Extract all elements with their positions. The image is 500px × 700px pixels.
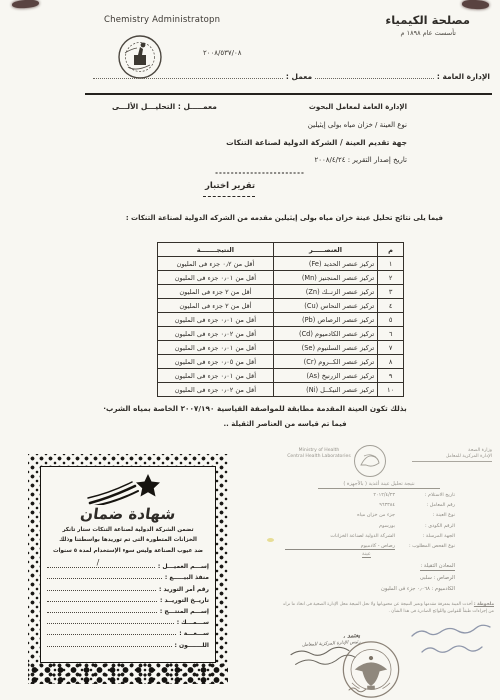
- col-header-result: النتيجـــــــة: [158, 243, 274, 257]
- certificate-title: شهادة ضمان: [46, 505, 211, 523]
- department-line: الإدارة العامة لمعامل البحوث: [309, 104, 407, 112]
- cadmium-result-line: الكادميوم : ٠٫٠٦٨ جزء فى المليون: [381, 586, 455, 592]
- certificate-field-row: منفذ البيـــــع :: [47, 570, 209, 581]
- table-row: ٨تركيز عنصر الكــروم (Cr)أقل من ٠٫٠٥ جزء…: [158, 355, 404, 369]
- moh-en-line2: Central Health Laboratories: [283, 454, 355, 460]
- org-founded-line: تأسست عام ١٨٩٨ م: [401, 29, 457, 37]
- field-label: رقم أمر التوريد :: [159, 586, 209, 593]
- col-header-element: العنصـــــر: [273, 243, 377, 257]
- row-number: ٧: [378, 341, 404, 355]
- table-row: ٥تركيز عنصر الرصاص (Pb)أقل من ٠٫٠١ جزء ف…: [158, 313, 404, 327]
- field-label: منفذ البيـــــع :: [165, 574, 209, 581]
- dotted-blank: [315, 77, 434, 79]
- moh-note-label: ملحوظة :: [474, 602, 494, 607]
- moh-field-row: تاريخ الاستلام :٢٠١٢/٤/٢٣: [285, 492, 455, 502]
- row-number: ٣: [378, 285, 404, 299]
- moh-note-body: أخذت العينة بمعرفة مقدمها وتعبر النتيجة …: [283, 602, 494, 614]
- handwritten-note-scribble: [408, 624, 496, 664]
- moh-underline: [412, 461, 492, 462]
- admin-lab-fill-line: الإدارة العامة : معمل :: [90, 72, 490, 81]
- row-number: ٨: [378, 355, 404, 369]
- moh-field-row: الجهة المرسلة :الشركة الدولية لصناعة الخ…: [285, 533, 455, 543]
- results-table: م العنصـــــر النتيجـــــــة ١تركيز عنصر…: [157, 242, 404, 397]
- moh-ar-line2: الإدارة المركزية للمعامل: [412, 454, 492, 460]
- corner-scan-mark-right: [462, 0, 489, 10]
- element-cell: تركيز عنصر الكادميوم (Cd): [273, 327, 377, 341]
- reference-number: ٢٠٠٨/٥٣٧/٠٨: [203, 49, 242, 57]
- col-header-number: م: [378, 243, 404, 257]
- moh-name-english: Ministry of Health Central Health Labora…: [283, 448, 355, 459]
- approval-signature-block: يعتمد ، رئيس الإدارة المركزية للمعامل: [282, 632, 362, 675]
- field-label: إســـم العميـــل :: [158, 563, 209, 570]
- table-row: ١٠تركيز عنصر النيكــل (Ni)أقل من ٠٫٠٢ جز…: [158, 383, 404, 397]
- table-row: ٧تركيز عنصر السلنيوم (Se)أقل من ٠٫٠١ جزء…: [158, 341, 404, 355]
- field-label: إســـم المنتـــج :: [160, 608, 209, 615]
- row-number: ٦: [378, 327, 404, 341]
- certificate-field-row: تاريــخ التوريــد :: [47, 593, 209, 604]
- warranty-certificate: شهادة ضمان تضمن الشركة الدولية لصناعة ال…: [28, 454, 228, 684]
- row-number: ٥: [378, 313, 404, 327]
- conclusion-line-2: فيما تم قياسه من العناصر الثقيلة ..: [165, 420, 405, 428]
- field-label: اللـــــــون :: [175, 642, 210, 649]
- element-cell: تركيز عنصر الرصاص (Pb): [273, 313, 377, 327]
- row-number: ١٠: [378, 383, 404, 397]
- certificate-field-row: ســـعـــة :: [47, 626, 209, 637]
- field-label: ســـعـــة :: [179, 630, 209, 637]
- moh-field-value: الشركة الدولية لصناعة الخزانات: [330, 533, 395, 539]
- org-name-arabic: مصلحة الكيمياء: [385, 13, 470, 27]
- table-row: ٦تركيز عنصر الكادميوم (Cd)أقل من ٠٫٠٢ جز…: [158, 327, 404, 341]
- corner-scan-mark-left: [12, 0, 39, 9]
- dotted-blank: [47, 633, 176, 635]
- certificate-ornament-band: [28, 663, 228, 684]
- lab-name-line: معمـــــل : التحليـــل الألـــى: [112, 103, 217, 111]
- lab-label: معمل :: [286, 72, 312, 81]
- moh-field-value: بورسوم: [379, 523, 395, 529]
- moh-field-value: جزء من خزان مياه: [357, 512, 395, 518]
- moh-field-row: نوع العينة :جزء من خزان مياه: [285, 512, 455, 522]
- moh-field-value: ٢٠١٢/٤/٢٣: [373, 492, 395, 498]
- general-admin-label: الإدارة العامة :: [437, 72, 490, 81]
- result-cell: أقل من ٠٫٠٢ جزء فى المليون: [158, 383, 274, 397]
- dotted-blank: [47, 600, 157, 602]
- results-intro-line: فيما يلى نتائج تحليل عينة خزان مياه بولى…: [126, 215, 443, 223]
- moh-field-value: رصاص - كادميوم: [285, 543, 395, 550]
- moh-field-label: نوع العينة :: [395, 512, 455, 518]
- certificate-body-line: ضد عيوب الصناعة وليس سوء الإستخدام لمدة …: [47, 546, 209, 556]
- dotted-blank: [47, 589, 156, 591]
- table-row: ١تركيز عنصر الحديد (Fe)أقل من ٠٫٢ جزء فى…: [158, 257, 404, 271]
- lead-result-line: الرصاص : سلبى: [420, 575, 455, 581]
- element-cell: تركيز عنصر السلنيوم (Se): [273, 341, 377, 355]
- result-cell: أقل من ٠٫٠٥ جزء فى المليون: [158, 355, 274, 369]
- moh-field-label: تاريخ الاستلام :: [395, 492, 455, 498]
- dotted-blank: /: [47, 566, 155, 568]
- moh-field-label: رقم المعامل :: [395, 502, 455, 508]
- moh-form-title: نتيجة تحليل عينة أغذية ( بالأجهزة ): [318, 481, 440, 489]
- field-label: ســـمـــك :: [177, 619, 209, 626]
- table-row: ٩تركيز عنصر الزرنيخ (As)أقل من ٠٫٠١ جزء …: [158, 369, 404, 383]
- moh-note: ملحوظة : أخذت العينة بمعرفة مقدمها وتعبر…: [280, 602, 494, 615]
- report-title-underline: [203, 196, 255, 197]
- element-cell: تركيز عنصر الزنــك (Zn): [273, 285, 377, 299]
- row-number: ١: [378, 257, 404, 271]
- certificate-body-line: تضمن الشركة الدولية لصناعة التنكات ستار …: [47, 525, 209, 535]
- table-header-row: م العنصـــــر النتيجـــــــة: [158, 243, 404, 257]
- scanned-report-page: Chemistry Administratopn مصلحة الكيمياء …: [0, 0, 500, 700]
- certificate-field-row: إســـم المنتـــج :: [47, 604, 209, 615]
- table-row: ٢تركيز عنصر المنجنيز (Mn)أقل من ٠٫٠١ جزء…: [158, 271, 404, 285]
- result-cell: أقل من ٢ جزء فى المليون: [158, 285, 274, 299]
- certificate-body-line: الخزانات المتطورة التى تم توريدها بواسطت…: [47, 535, 209, 545]
- row-number: ٢: [378, 271, 404, 285]
- moh-field-row: الرقم الكودى :بورسوم: [285, 523, 455, 533]
- signature-scribble: [285, 645, 362, 673]
- report-title: تقرير اختبار: [195, 181, 265, 191]
- element-cell: تركيز عنصر المنجنيز (Mn): [273, 271, 377, 285]
- moh-field-row: رقم المعامل :٩٦٣٣٨٤: [285, 502, 455, 512]
- dotted-blank: [93, 77, 283, 79]
- certificate-inner: شهادة ضمان تضمن الشركة الدولية لصناعة ال…: [40, 466, 216, 663]
- table-row: ٤تركيز عنصر النحاس (Cu)أقل من ٢ جزء فى ا…: [158, 299, 404, 313]
- issue-date-line: تاريخ إصدار التقرير : ٢٠٠٨/٤/٢٤: [314, 157, 407, 165]
- element-cell: تركيز عنصر الحديد (Fe): [273, 257, 377, 271]
- result-cell: أقل من ٢ جزء فى المليون: [158, 299, 274, 313]
- sample-type-line: نوع العينة / خزان مياه بولى إيثيلين: [308, 122, 407, 130]
- result-cell: أقل من ٠٫٠٢ جزء فى المليون: [158, 327, 274, 341]
- moh-name-arabic: وزارة الصحة الإدارة المركزية للمعامل: [412, 448, 492, 462]
- result-cell: أقل من ٠٫٠١ جزء فى المليون: [158, 369, 274, 383]
- highlighter-mark: [267, 538, 274, 542]
- table-row: ٣تركيز عنصر الزنــك (Zn)أقل من ٢ جزء فى …: [158, 285, 404, 299]
- moh-field-label: الرقم الكودى :: [395, 523, 455, 529]
- moh-logo-icon: [352, 443, 388, 479]
- element-cell: تركيز عنصر الزرنيخ (As): [273, 369, 377, 383]
- heavy-metals-heading: المعادن الثقيلة :: [420, 563, 455, 571]
- moh-field-value: ٩٦٣٣٨٤: [379, 502, 395, 508]
- result-cell: أقل من ٠٫٠١ جزء فى المليون: [158, 341, 274, 355]
- result-cell: أقل من ٠٫٠١ جزء فى المليون: [158, 271, 274, 285]
- certificate-field-row: رقم أمر التوريد :: [47, 581, 209, 592]
- header-divider-rule: [85, 93, 492, 95]
- moh-underlined-word: عينة: [362, 551, 371, 558]
- field-label: تاريــخ التوريــد :: [160, 597, 209, 604]
- moh-field-label: الجهة المرسلة :: [395, 533, 455, 539]
- element-cell: تركيز عنصر النيكــل (Ni): [273, 383, 377, 397]
- moh-field-label: نوع الفحص المطلوب :: [395, 543, 455, 549]
- dotted-blank: [47, 577, 162, 579]
- row-number: ٤: [378, 299, 404, 313]
- submitter-line: جهة تقديم العينة / الشركة الدولية لصناعة…: [226, 139, 407, 147]
- certificate-field-row: إســـم العميـــل : /: [47, 559, 209, 570]
- org-name-english: Chemistry Administratopn: [104, 15, 220, 25]
- certificate-field-row: ســـمـــك :: [47, 615, 209, 626]
- moh-form-fields: تاريخ الاستلام :٢٠١٢/٤/٢٣ رقم المعامل :٩…: [285, 492, 455, 553]
- element-cell: تركيز عنصر الكــروم (Cr): [273, 355, 377, 369]
- handwritten-slash-mark: /: [97, 558, 100, 567]
- shooting-star-icon: [80, 473, 176, 505]
- dotted-blank: [47, 645, 172, 647]
- certificate-field-row: اللـــــــون :: [47, 637, 209, 648]
- dashed-separator: -----------------------: [200, 169, 320, 177]
- conclusion-line-1: بذلك تكون العينة المقدمة مطابقة للمواصفة…: [60, 404, 450, 413]
- result-cell: أقل من ٠٫٢ جزء فى المليون: [158, 257, 274, 271]
- dotted-blank: [47, 611, 157, 613]
- dotted-blank: [47, 622, 174, 624]
- result-cell: أقل من ٠٫٠١ جزء فى المليون: [158, 313, 274, 327]
- element-cell: تركيز عنصر النحاس (Cu): [273, 299, 377, 313]
- row-number: ٩: [378, 369, 404, 383]
